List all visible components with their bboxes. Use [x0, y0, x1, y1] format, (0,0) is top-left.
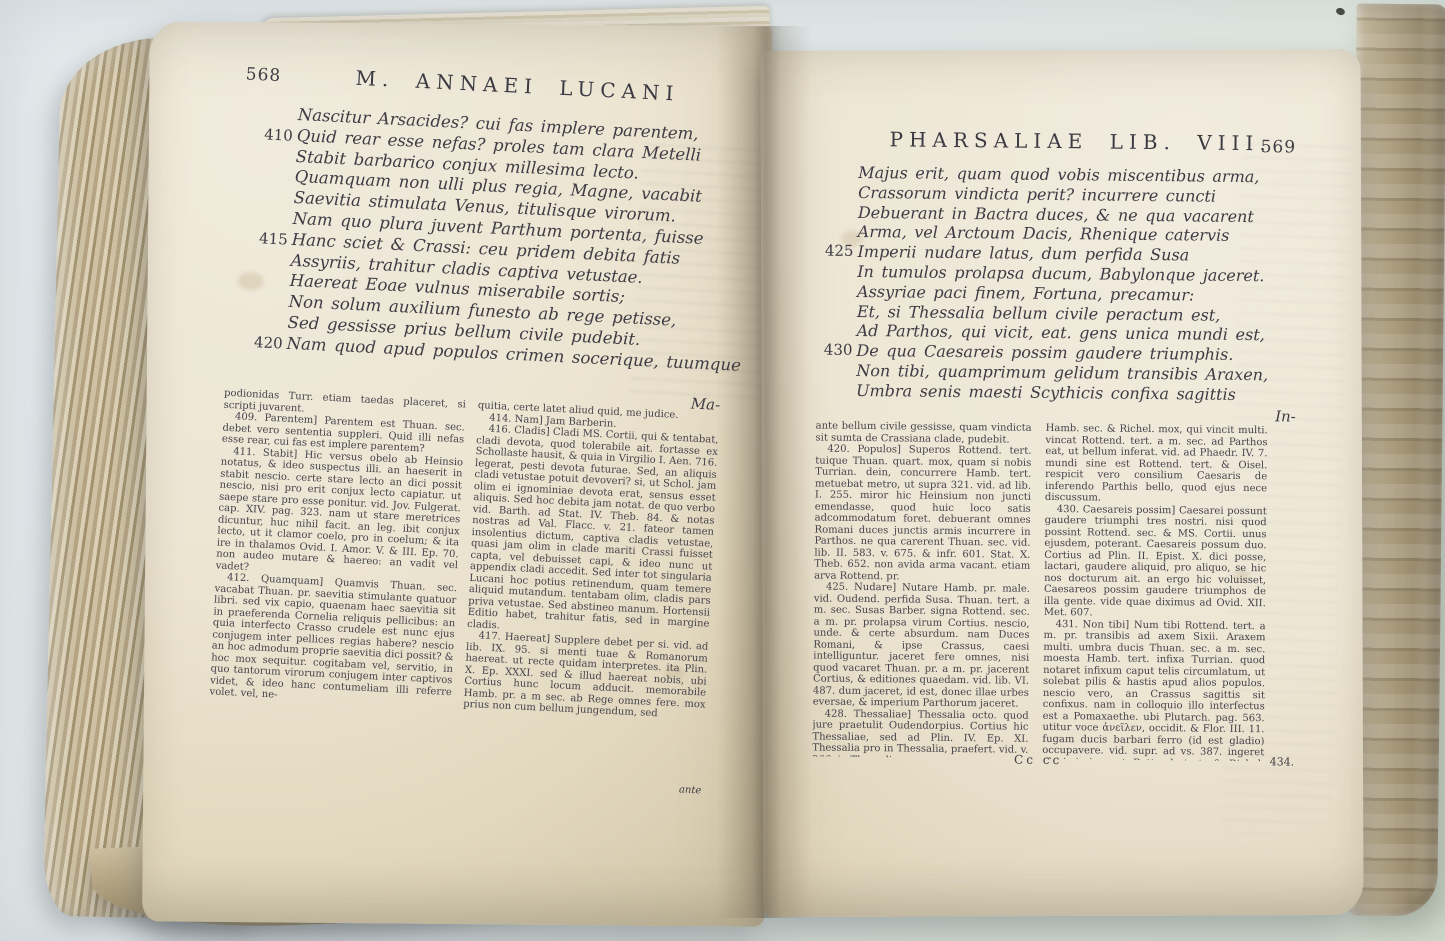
verse-line-text: Crassorum vindicta perit? incurrere cunc… — [858, 183, 1216, 206]
verse-line-number: 415 — [245, 227, 288, 250]
left-notes-column-1: podionidas Turr. etiam taedas placeret, … — [206, 388, 466, 775]
verse-line: Umbra senis maesti Scythicis confixa sag… — [856, 381, 1296, 405]
left-page: 568 M. ANNAEI LUCANI Nascitur Arsacides?… — [142, 21, 772, 926]
book-photograph: { "colors":{ "background":"#e6ecec", "pa… — [0, 0, 1445, 941]
verse-line-number — [243, 290, 285, 292]
note-paragraph: 417. Haereat] Supplere debet per si. vid… — [463, 630, 709, 722]
right-notes-column-1: ante bellum civile gessisse, quam vindic… — [812, 421, 1032, 759]
note-paragraph: Hamb. sec. & Richel. mox, qui vincit mul… — [1045, 423, 1268, 506]
left-verse-block: Nascitur Arsacides? cui fas implere pare… — [286, 105, 730, 375]
verse-line-number — [249, 165, 291, 167]
verse-line-number — [252, 103, 294, 105]
right-page-number: 569 — [1261, 137, 1297, 157]
verse-line-text: Imperii nudare latus, dum perfida Susa — [857, 242, 1189, 264]
left-page-number: 568 — [245, 64, 281, 86]
right-page: PHARSALIAE LIB. VIII. 569 Majus erit, qu… — [760, 49, 1363, 917]
note-paragraph: 420. Populos] Superos Rottend. tert. tui… — [814, 444, 1031, 584]
right-notes-column-2: Hamb. sec. & Richel. mox, qui vincit mul… — [1042, 423, 1268, 761]
note-paragraph: 430. Caesareis possim] Caesarei possunt … — [1044, 503, 1267, 620]
left-notes-column-2: quitia, certe latet aliud quid, me judic… — [460, 400, 720, 787]
note-paragraph: 425. Nudare] Nutare Hamb. pr. male. vid.… — [813, 582, 1030, 711]
note-paragraph: 412. Quamquam] Quamvis Thuan. sec. vacab… — [209, 571, 457, 709]
verse-line-number: 430 — [810, 341, 852, 361]
verse-line-number — [242, 310, 284, 312]
photo-background: 568 M. ANNAEI LUCANI Nascitur Arsacides?… — [0, 0, 1445, 941]
verse-line-number — [248, 186, 290, 188]
right-running-title: PHARSALIAE LIB. VIII. — [871, 127, 1291, 155]
note-paragraph: 411. Stabit] Hic versus obelo ab Heinsio… — [215, 445, 463, 583]
verse-line-text: Assyriae paci finem, Fortuna, precamur: — [857, 282, 1194, 305]
background-speck — [1335, 7, 1346, 17]
verse-line-number: 410 — [250, 124, 293, 147]
verse-line-number — [247, 207, 289, 209]
left-running-title: M. ANNAEI LUCANI — [297, 63, 738, 108]
note-paragraph: ante bellum civile gessisse, quam vindic… — [815, 421, 1031, 446]
note-paragraph: 431. Non tibi] Num tibi Rottend. tert. a… — [1042, 618, 1265, 761]
right-page-text: PHARSALIAE LIB. VIII. 569 Majus erit, qu… — [753, 50, 1362, 922]
verse-line-number: 425 — [811, 242, 853, 262]
note-paragraph: 416. Cladis] Cladi MS. Cortii, qui & ten… — [467, 423, 719, 642]
left-page-text: 568 M. ANNAEI LUCANI Nascitur Arsacides?… — [109, 16, 774, 941]
right-verse-block: Majus erit, quam quod vobis miscentibus … — [856, 163, 1298, 405]
corner-number: 434. — [1224, 755, 1294, 769]
verse-line-number: 420 — [240, 331, 283, 354]
verse-line-number — [244, 269, 286, 271]
verse-line-text: Umbra senis maesti Scythicis confixa sag… — [856, 381, 1236, 404]
